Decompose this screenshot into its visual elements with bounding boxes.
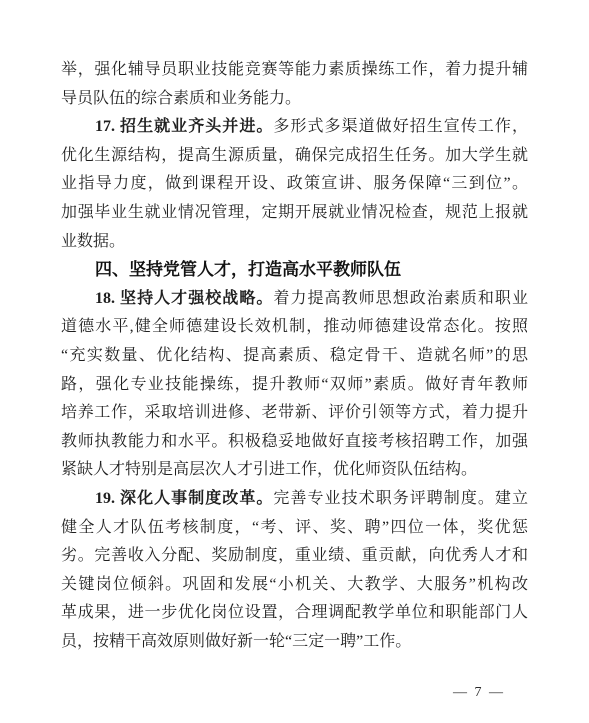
text-line: 健全人才队伍考核制度，“考、评、奖、聘”四位一体，奖优惩 bbox=[61, 514, 528, 543]
text-line: 加强毕业生就业情况管理，定期开展就业情况检查，规范上报就 bbox=[61, 199, 528, 228]
item-17-lead: 17. 招生就业齐头并进。 bbox=[95, 118, 273, 135]
text-line: 关键岗位倾斜。巩固和发展“小机关、大教学、大服务”机构改 bbox=[61, 571, 528, 600]
text-run: 着力提高教师思想政治素质和职业 bbox=[273, 290, 528, 307]
text-line: 举，强化辅导员职业技能竞赛等能力素质操练工作，着力提升辅 bbox=[61, 56, 528, 85]
page-number: — 7 — bbox=[453, 685, 503, 701]
text-line: 道德水平,健全师德建设长效机制，推动师德建设常态化。按照 bbox=[61, 313, 528, 342]
text-line: 革成果，进一步优化岗位设置，合理调配教学单位和职能部门人 bbox=[61, 599, 528, 628]
text-line: 导员队伍的综合素质和业务能力。 bbox=[61, 85, 528, 114]
item-18-lead: 18. 坚持人才强校战略。 bbox=[95, 290, 273, 307]
text-line: 18. 坚持人才强校战略。着力提高教师思想政治素质和职业 bbox=[61, 285, 528, 314]
text-line: 19. 深化人事制度改革。完善专业技术职务评聘制度。建立 bbox=[61, 485, 528, 514]
section-heading: 四、坚持党管人才，打造高水平教师队伍 bbox=[61, 256, 528, 285]
text-line: 教师执教能力和水平。积极稳妥地做好直接考核招聘工作，加强 bbox=[61, 428, 528, 457]
text-run: 多形式多渠道做好招生宣传工作， bbox=[273, 118, 528, 135]
text-line: 业数据。 bbox=[61, 228, 528, 257]
item-19-lead: 19. 深化人事制度改革。 bbox=[95, 490, 273, 507]
text-line: 17. 招生就业齐头并进。多形式多渠道做好招生宣传工作， bbox=[61, 113, 528, 142]
document-page: 举，强化辅导员职业技能竞赛等能力素质操练工作，着力提升辅 导员队伍的综合素质和业… bbox=[0, 0, 589, 723]
text-line: 优化生源结构，提高生源质量，确保完成招生任务。加大学生就 bbox=[61, 142, 528, 171]
text-line: 路，强化专业技能操练，提升教师“双师”素质。做好青年教师 bbox=[61, 371, 528, 400]
text-line: 紧缺人才特别是高层次人才引进工作，优化师资队伍结构。 bbox=[61, 456, 528, 485]
text-line: “充实数量、优化结构、提高素质、稳定骨干、造就名师”的思 bbox=[61, 342, 528, 371]
text-line: 培养工作，采取培训进修、老带新、评价引领等方式，着力提升 bbox=[61, 399, 528, 428]
text-line: 劣。完善收入分配、奖励制度，重业绩、重贡献，向优秀人才和 bbox=[61, 542, 528, 571]
text-run: 完善专业技术职务评聘制度。建立 bbox=[273, 490, 528, 507]
document-text-block: 举，强化辅导员职业技能竞赛等能力素质操练工作，着力提升辅 导员队伍的综合素质和业… bbox=[61, 56, 528, 656]
text-line: 员，按精干高效原则做好新一轮“三定一聘”工作。 bbox=[61, 628, 528, 657]
text-line: 业指导力度，做到课程开设、政策宣讲、服务保障“三到位”。 bbox=[61, 170, 528, 199]
